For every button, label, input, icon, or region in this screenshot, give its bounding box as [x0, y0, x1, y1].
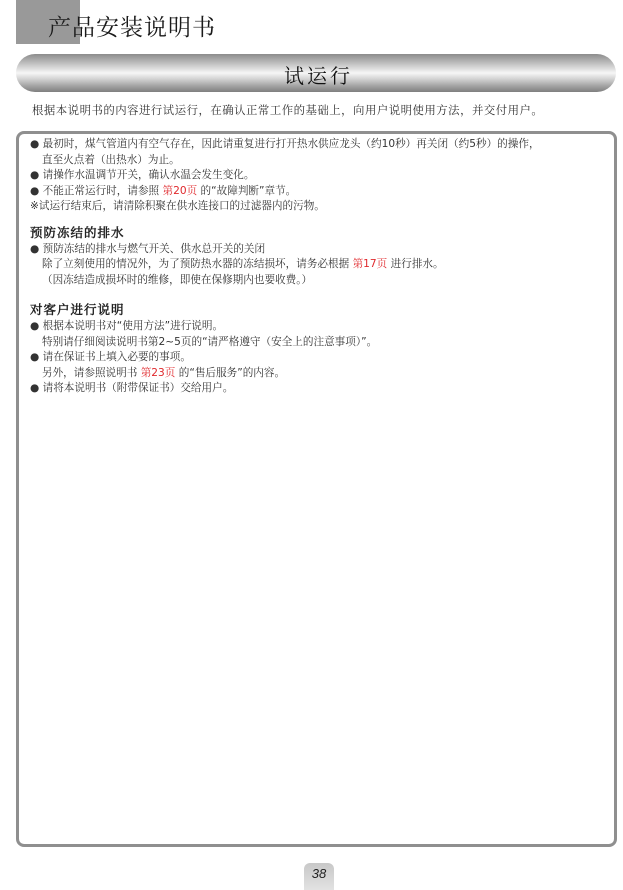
content-body: ● 最初时，煤气管道内有空气存在，因此请重复进行打开热水供应龙头（约10秒）再关… — [30, 137, 610, 397]
intro-paragraph: 根据本说明书的内容进行试运行，在确认正常工作的基础上，向用户说明使用方法，并交付… — [32, 102, 612, 118]
list-item-continuation: （因冻结造成损坏时的维修，即使在保修期内也要收费。） — [30, 273, 610, 289]
list-item-continuation: 直至火点着（出热水）为止。 — [30, 153, 610, 169]
note-item: ※试运行结束后，请清除积聚在供水连接口的过滤器内的污物。 — [30, 199, 610, 215]
document-title: 产品安装说明书 — [48, 9, 216, 42]
list-item: ● 不能正常运行时，请参照 第20页 的“故障判断”章节。 — [30, 184, 610, 200]
page-link-23[interactable]: 第23页 — [141, 367, 176, 379]
heading-freeze-drain: 预防冻结的排水 — [30, 224, 610, 242]
list-item-continuation: 另外，请参照说明书 第23页 的“售后服务”的内容。 — [30, 366, 610, 382]
list-item: ● 预防冻结的排水与燃气开关、供水总开关的关闭 — [30, 242, 610, 258]
page-link-20[interactable]: 第20页 — [163, 185, 198, 197]
list-item: ● 根据本说明书对“使用方法”进行说明。 — [30, 319, 610, 335]
heading-customer-explain: 对客户进行说明 — [30, 301, 610, 319]
list-item: ● 请在保证书上填入必要的事项。 — [30, 350, 610, 366]
page-link-17[interactable]: 第17页 — [353, 258, 388, 270]
list-item-continuation: 除了立刻使用的情况外，为了预防热水器的冻结损坏，请务必根据 第17页 进行排水。 — [30, 257, 610, 273]
list-item-continuation: 特别请仔细阅读说明书第2~5页的“请严格遵守（安全上的注意事项）”。 — [30, 335, 610, 351]
list-item: ● 请操作水温调节开关，确认水温会发生变化。 — [30, 168, 610, 184]
page-number: 38 — [304, 866, 334, 881]
section-title: 试运行 — [284, 60, 353, 89]
list-item: ● 请将本说明书（附带保证书）交给用户。 — [30, 381, 610, 397]
list-item: ● 最初时，煤气管道内有空气存在，因此请重复进行打开热水供应龙头（约10秒）再关… — [30, 137, 610, 153]
